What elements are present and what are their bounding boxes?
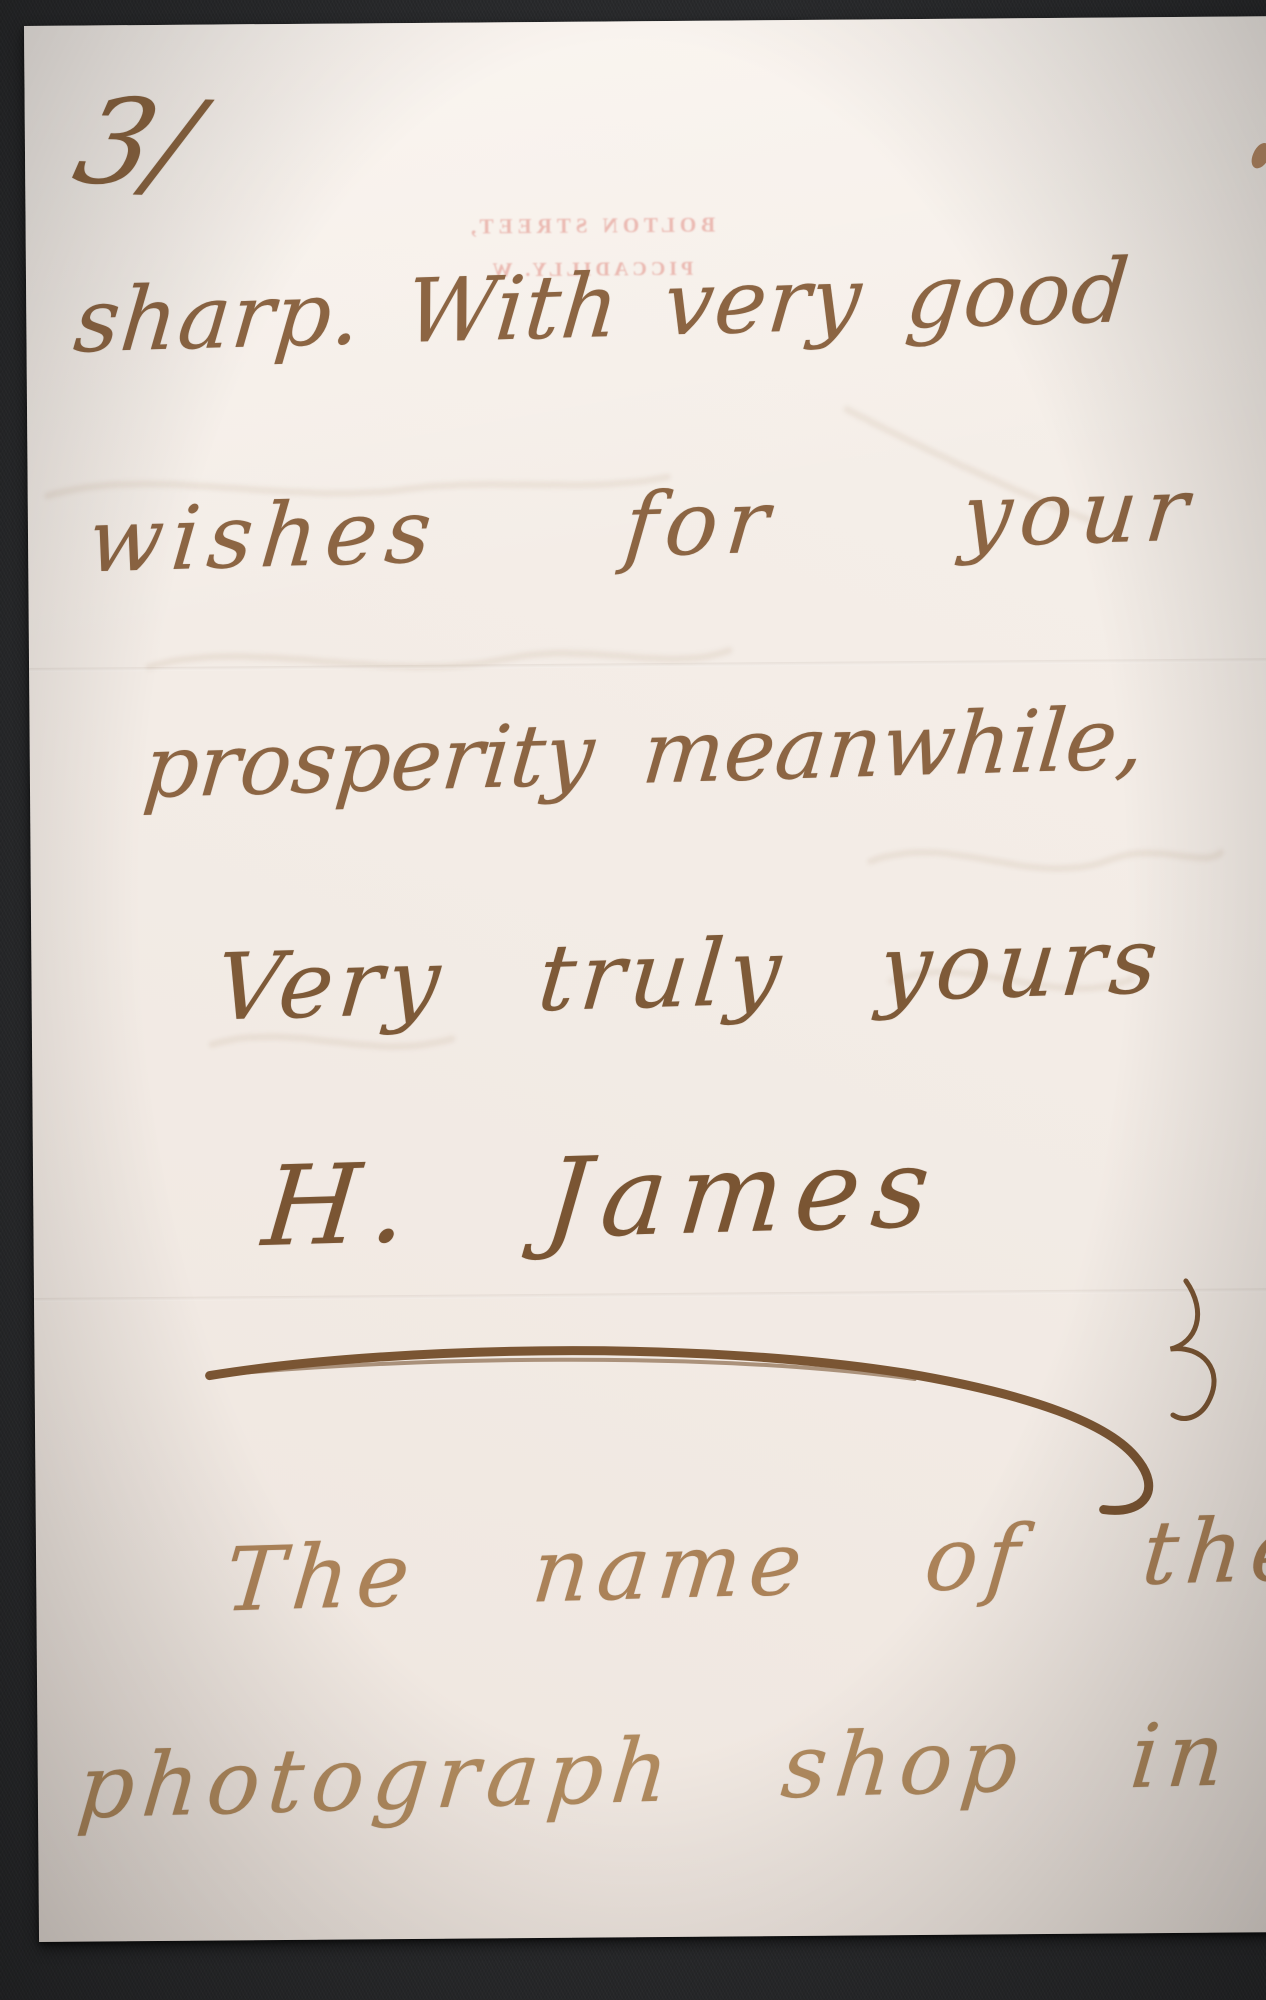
postscript-line-2: photograph shop in [74,1710,1236,1832]
paper-sheet: BOLTON STREET, PICCADILLY. W 3/ sharp. W… [24,16,1266,1942]
handwriting-line-3: prosperity meanwhile, [140,696,1148,811]
stray-ink-mark [1248,140,1266,171]
page-number: 3/ [65,82,208,202]
handwriting-line-2: wishes for your [84,465,1199,585]
letter-photograph: BOLTON STREET, PICCADILLY. W 3/ sharp. W… [0,0,1266,2000]
handwriting-line-1: sharp. With very good [71,247,1134,366]
postscript-line-1: The name of the [222,1505,1266,1625]
fold-crease-line [34,1288,1266,1302]
letterhead-line-1: BOLTON STREET, [425,202,755,249]
closing-line: Very truly yours [212,915,1167,1035]
fold-crease-line [29,658,1266,672]
signature: H. James [259,1132,946,1262]
